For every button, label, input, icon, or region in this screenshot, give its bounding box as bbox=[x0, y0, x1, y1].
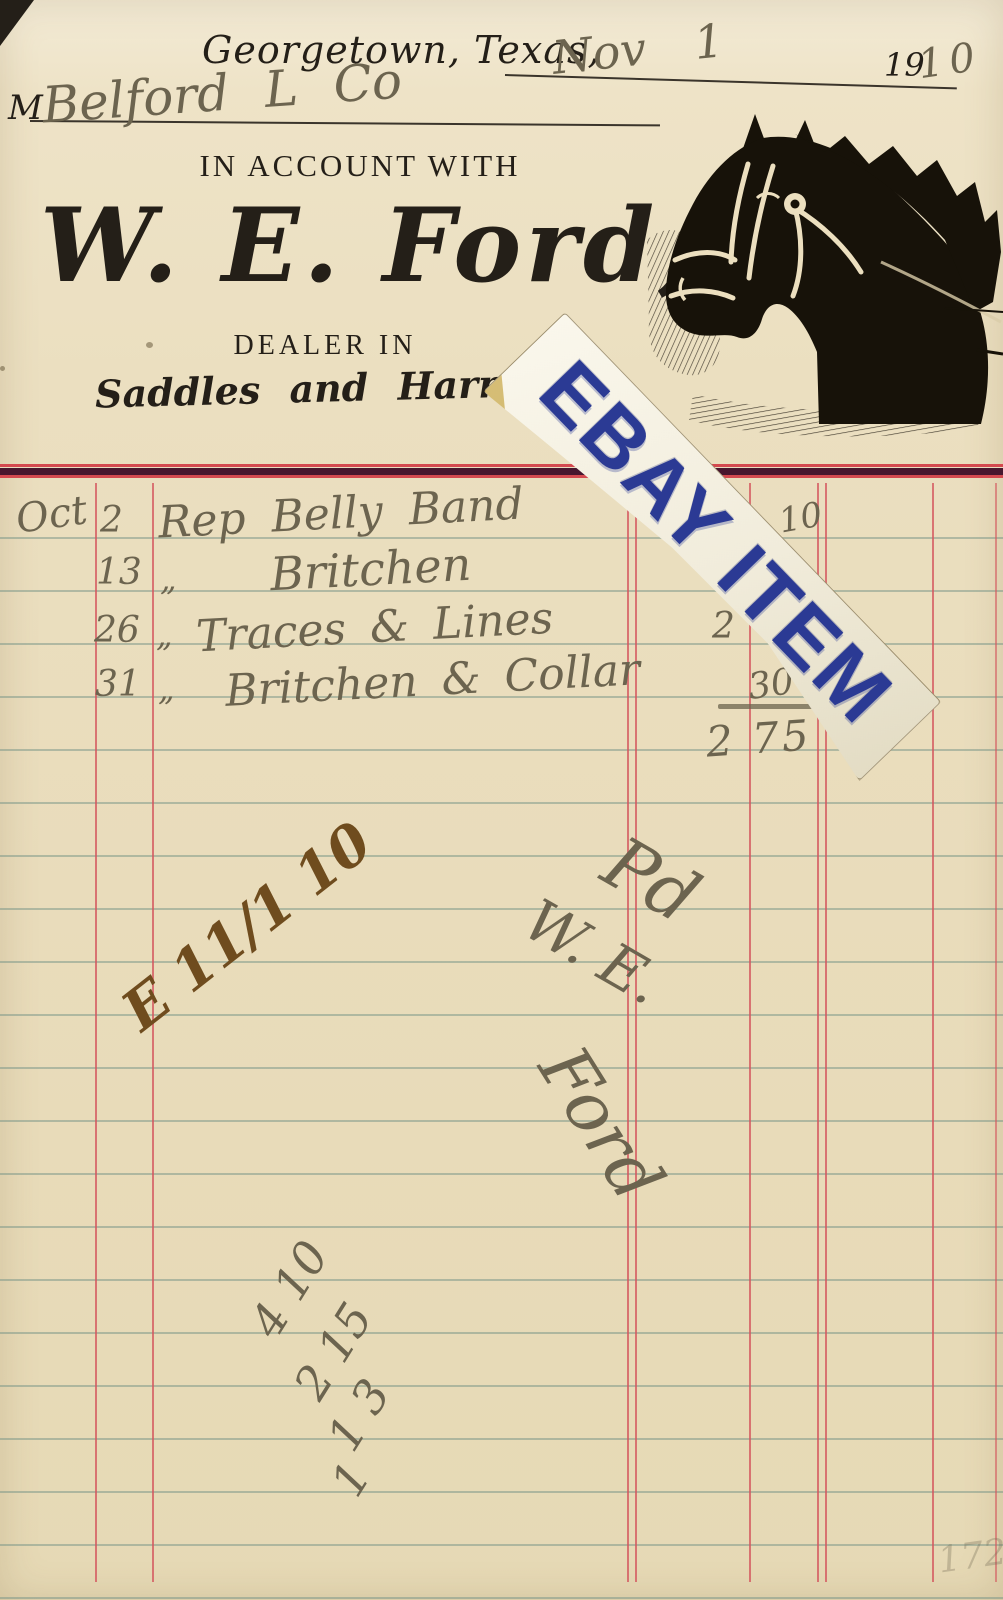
business-name: W. E. Ford, bbox=[40, 186, 660, 306]
ledger-column-rule bbox=[749, 483, 751, 1582]
entry-item: Britchen bbox=[269, 537, 473, 601]
ditto-mark: „ bbox=[156, 616, 173, 654]
ledger-head-rule bbox=[0, 464, 1003, 480]
scan-corner-artifact bbox=[0, 0, 34, 46]
handwritten-year: 10 bbox=[915, 34, 984, 88]
paper-speck bbox=[0, 366, 5, 371]
ledger-column-rule bbox=[995, 483, 997, 1582]
entry-day: 13 bbox=[96, 552, 142, 593]
dealer-in-line: DEALER IN bbox=[150, 330, 500, 362]
ditto-mark: „ bbox=[158, 670, 175, 708]
ledger-total: 2 75 bbox=[704, 710, 813, 766]
entry-day: 31 bbox=[95, 664, 141, 705]
faint-corner-figure: 172 bbox=[935, 1531, 1003, 1581]
entry-month: Oct bbox=[13, 487, 90, 542]
ledger-column-rule bbox=[932, 483, 934, 1582]
ditto-mark: „ bbox=[160, 560, 177, 598]
entry-day: 26 bbox=[94, 610, 140, 651]
horse-head-engraving bbox=[645, 112, 1003, 442]
goods-line: Saddles and Harness bbox=[94, 360, 525, 416]
entry-day: 2 bbox=[100, 500, 123, 541]
entry-amount: 10 bbox=[776, 495, 826, 542]
billhead-document: Georgetown, Texas, Nov 1 19 10 M Belford… bbox=[0, 0, 1003, 1600]
handwritten-date: Nov 1 bbox=[550, 13, 727, 85]
in-account-with-line: IN ACCOUNT WITH bbox=[150, 148, 570, 184]
